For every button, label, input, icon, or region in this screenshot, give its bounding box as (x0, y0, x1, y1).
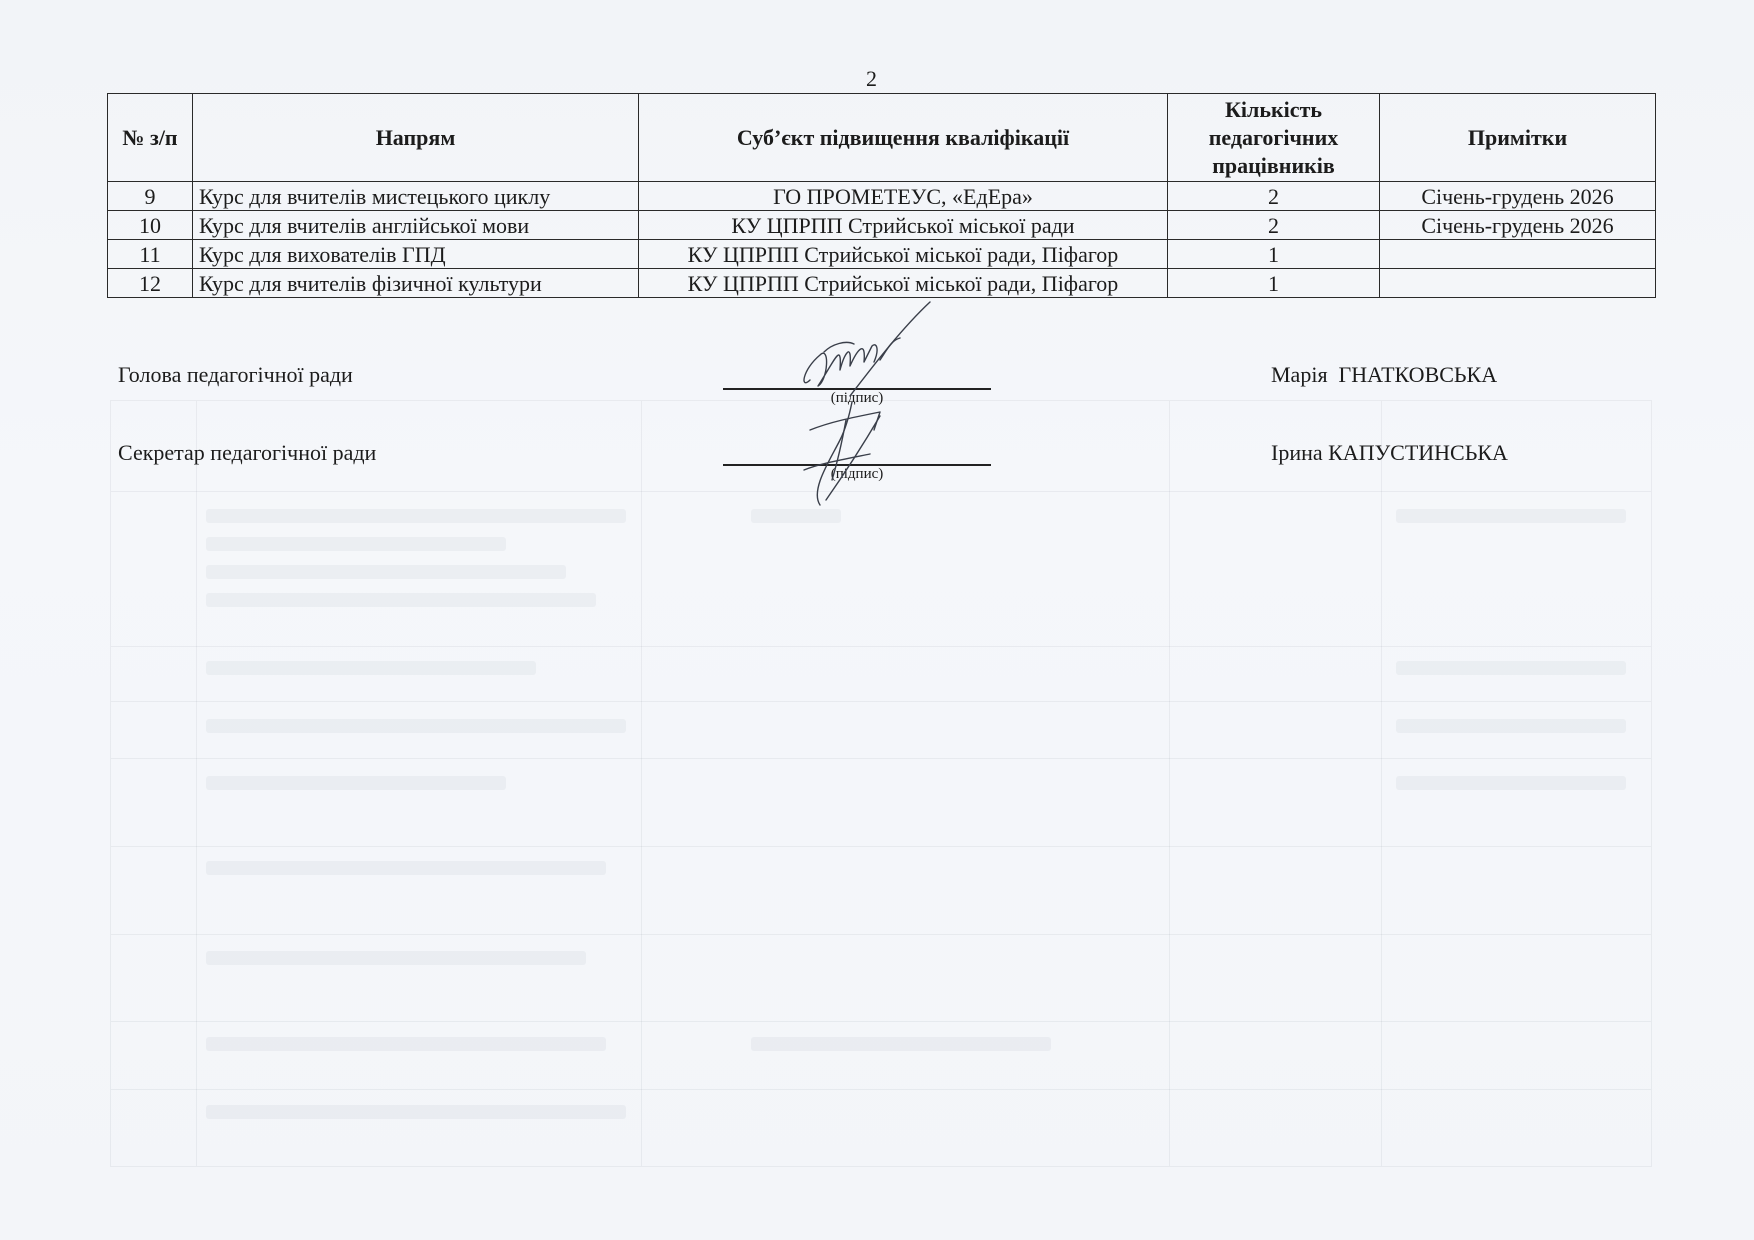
header-notes: Примітки (1380, 94, 1656, 182)
row-subject: КУ ЦПРПП Стрийської міської ради, Піфаго… (639, 240, 1168, 269)
row-count: 1 (1168, 240, 1380, 269)
row-number: 11 (108, 240, 193, 269)
page-number: 2 (866, 66, 877, 92)
signatory-name-secretary: Ірина КАПУСТИНСЬКА (1271, 440, 1508, 466)
signature-caption-chair: (підпис) (723, 390, 991, 407)
signature-caption-secretary: (підпис) (723, 466, 991, 483)
row-subject: ГО ПРОМЕТЕУС, «ЕдЕра» (639, 182, 1168, 211)
table-row: 11 Курс для вихователів ГПД КУ ЦПРПП Стр… (108, 240, 1656, 269)
signature-role-secretary: Секретар педагогічної ради (118, 440, 376, 466)
row-count: 1 (1168, 269, 1380, 298)
table-row: 9 Курс для вчителів мистецького циклу ГО… (108, 182, 1656, 211)
row-number: 10 (108, 211, 193, 240)
header-count: Кількість педагогічних працівників (1168, 94, 1380, 182)
header-subject: Суб’єкт підвищення кваліфікації (639, 94, 1168, 182)
row-direction: Курс для вчителів фізичної культури (193, 269, 639, 298)
table-row: 12 Курс для вчителів фізичної культури К… (108, 269, 1656, 298)
row-direction: Курс для вихователів ГПД (193, 240, 639, 269)
row-note: Січень-грудень 2026 (1380, 211, 1656, 240)
row-note (1380, 269, 1656, 298)
row-note (1380, 240, 1656, 269)
row-note: Січень-грудень 2026 (1380, 182, 1656, 211)
signatory-name-chair: Марія ГНАТКОВСЬКА (1271, 362, 1497, 388)
header-number: № з/п (108, 94, 193, 182)
signature-role-chair: Голова педагогічної ради (118, 362, 353, 388)
row-subject: КУ ЦПРПП Стрийської міської ради, Піфаго… (639, 269, 1168, 298)
row-count: 2 (1168, 211, 1380, 240)
row-direction: Курс для вчителів англійської мови (193, 211, 639, 240)
qualification-plan-table: № з/п Напрям Суб’єкт підвищення кваліфік… (107, 93, 1656, 298)
header-direction: Напрям (193, 94, 639, 182)
row-number: 9 (108, 182, 193, 211)
row-subject: КУ ЦПРПП Стрийської міської ради (639, 211, 1168, 240)
table-header-row: № з/п Напрям Суб’єкт підвищення кваліфік… (108, 94, 1656, 182)
row-count: 2 (1168, 182, 1380, 211)
row-direction: Курс для вчителів мистецького циклу (193, 182, 639, 211)
row-number: 12 (108, 269, 193, 298)
table-row: 10 Курс для вчителів англійської мови КУ… (108, 211, 1656, 240)
